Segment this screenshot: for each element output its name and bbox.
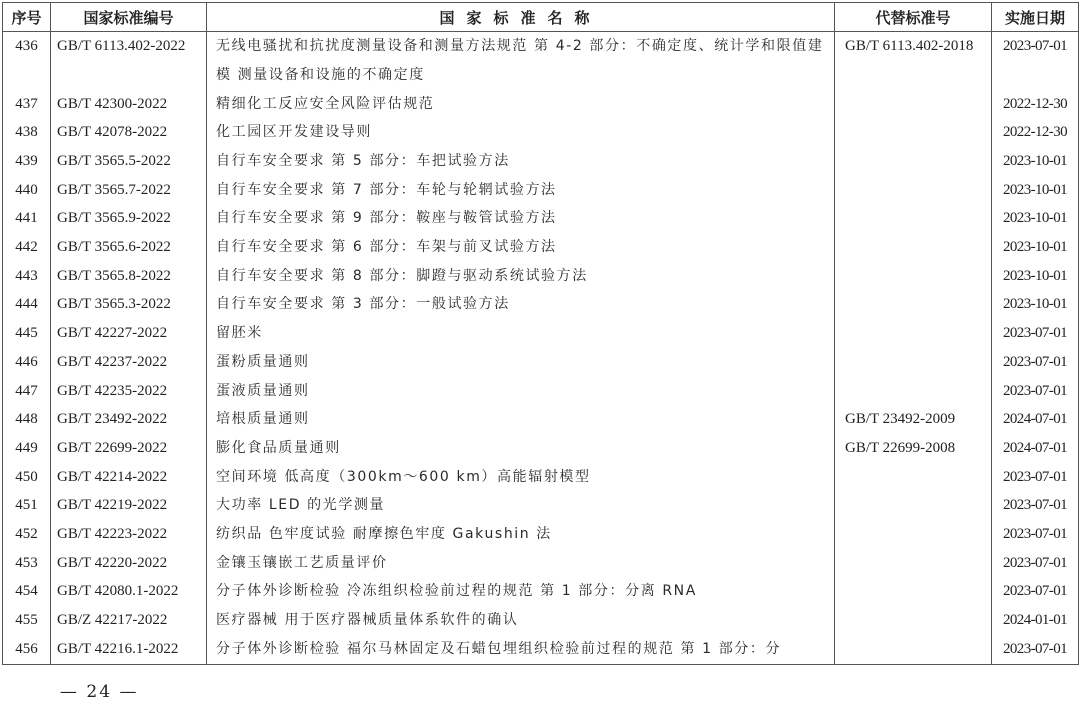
replaced-standard-cell [835, 118, 992, 147]
table-row: 456 GB/T 42216.1-2022 分子体外诊断检验 福尔马林固定及石蜡… [3, 635, 1079, 664]
standard-code-cell: GB/T 42223-2022 [51, 520, 207, 549]
standard-code-cell: GB/T 42220-2022 [51, 549, 207, 578]
table-row: 444 GB/T 3565.3-2022 自行车安全要求 第 3 部分：一般试验… [3, 290, 1079, 319]
implementation-date-cell: 2023-07-01 [992, 463, 1079, 492]
replaced-standard-cell [835, 348, 992, 377]
standard-name-cell: 空间环境 低高度（300km～600 km）高能辐射模型 [207, 463, 835, 492]
table-row: 455 GB/Z 42217-2022 医疗器械 用于医疗器械质量体系软件的确认… [3, 606, 1079, 635]
serial-number-cell: 454 [3, 577, 51, 606]
serial-number-cell: 438 [3, 118, 51, 147]
implementation-date-cell: 2023-07-01 [992, 577, 1079, 606]
implementation-date-cell: 2023-07-01 [992, 491, 1079, 520]
standard-name-cell: 自行车安全要求 第 9 部分：鞍座与鞍管试验方法 [207, 204, 835, 233]
implementation-date-cell: 2023-07-01 [992, 520, 1079, 549]
table-row: 451 GB/T 42219-2022 大功率 LED 的光学测量 2023-0… [3, 491, 1079, 520]
standard-name-cell: 大功率 LED 的光学测量 [207, 491, 835, 520]
standard-name-cell: 留胚米 [207, 319, 835, 348]
implementation-date-cell: 2022-12-30 [992, 90, 1079, 119]
standard-name-cell: 自行车安全要求 第 3 部分：一般试验方法 [207, 290, 835, 319]
implementation-date-cell: 2024-07-01 [992, 405, 1079, 434]
implementation-date-cell: 2023-07-01 [992, 348, 1079, 377]
implementation-date-cell: 2023-07-01 [992, 319, 1079, 348]
standard-name-cell: 自行车安全要求 第 6 部分：车架与前叉试验方法 [207, 233, 835, 262]
serial-number-cell: 443 [3, 262, 51, 291]
standard-code-cell: GB/Z 42217-2022 [51, 606, 207, 635]
standard-name-cell: 分子体外诊断检验 福尔马林固定及石蜡包埋组织检验前过程的规范 第 1 部分：分 [207, 635, 835, 664]
standard-code-cell: GB/T 3565.3-2022 [51, 290, 207, 319]
table-row: 440 GB/T 3565.7-2022 自行车安全要求 第 7 部分：车轮与轮… [3, 176, 1079, 205]
table-row: 437 GB/T 42300-2022 精细化工反应安全风险评估规范 2022-… [3, 90, 1079, 119]
header-serial-number: 序号 [3, 3, 51, 32]
serial-number-cell: 437 [3, 90, 51, 119]
replaced-standard-cell: GB/T 23492-2009 [835, 405, 992, 434]
serial-number-cell: 453 [3, 549, 51, 578]
replaced-standard-cell [835, 147, 992, 176]
serial-number-cell: 440 [3, 176, 51, 205]
replaced-standard-cell [835, 377, 992, 406]
replaced-standard-cell [835, 463, 992, 492]
replaced-standard-cell [835, 549, 992, 578]
standard-code-cell: GB/T 42300-2022 [51, 90, 207, 119]
standard-name-cell: 自行车安全要求 第 5 部分：车把试验方法 [207, 147, 835, 176]
standard-code-cell: GB/T 42080.1-2022 [51, 577, 207, 606]
replaced-standard-cell [835, 577, 992, 606]
implementation-date-cell: 2023-10-01 [992, 262, 1079, 291]
table-row: 450 GB/T 42214-2022 空间环境 低高度（300km～600 k… [3, 463, 1079, 492]
replaced-standard-cell: GB/T 6113.402-2018 [835, 32, 992, 90]
standard-name-cell: 无线电骚扰和抗扰度测量设备和测量方法规范 第 4-2 部分：不确定度、统计学和限… [207, 32, 835, 90]
implementation-date-cell: 2024-07-01 [992, 434, 1079, 463]
serial-number-cell: 450 [3, 463, 51, 492]
replaced-standard-cell [835, 491, 992, 520]
table-row: 453 GB/T 42220-2022 金镶玉镶嵌工艺质量评价 2023-07-… [3, 549, 1079, 578]
serial-number-cell: 451 [3, 491, 51, 520]
table-row: 436 GB/T 6113.402-2022 无线电骚扰和抗扰度测量设备和测量方… [3, 32, 1079, 90]
implementation-date-cell: 2023-10-01 [992, 233, 1079, 262]
implementation-date-cell: 2023-07-01 [992, 32, 1079, 90]
serial-number-cell: 436 [3, 32, 51, 90]
standard-code-cell: GB/T 3565.9-2022 [51, 204, 207, 233]
replaced-standard-cell [835, 290, 992, 319]
serial-number-cell: 439 [3, 147, 51, 176]
standard-code-cell: GB/T 3565.7-2022 [51, 176, 207, 205]
table-row: 446 GB/T 42237-2022 蛋粉质量通则 2023-07-01 [3, 348, 1079, 377]
replaced-standard-cell [835, 520, 992, 549]
serial-number-cell: 456 [3, 635, 51, 664]
standard-name-cell: 自行车安全要求 第 7 部分：车轮与轮辋试验方法 [207, 176, 835, 205]
standard-code-cell: GB/T 42235-2022 [51, 377, 207, 406]
header-standard-code: 国家标准编号 [51, 3, 207, 32]
implementation-date-cell: 2023-07-01 [992, 635, 1079, 664]
table-row: 445 GB/T 42227-2022 留胚米 2023-07-01 [3, 319, 1079, 348]
table-row: 452 GB/T 42223-2022 纺织品 色牢度试验 耐摩擦色牢度 Gak… [3, 520, 1079, 549]
header-implementation-date: 实施日期 [992, 3, 1079, 32]
standard-name-cell: 蛋粉质量通则 [207, 348, 835, 377]
standard-code-cell: GB/T 42219-2022 [51, 491, 207, 520]
replaced-standard-cell [835, 176, 992, 205]
table-header-row: 序号 国家标准编号 国家标准名称 代替标准号 实施日期 [3, 3, 1079, 32]
standard-code-cell: GB/T 6113.402-2022 [51, 32, 207, 90]
standard-code-cell: GB/T 42237-2022 [51, 348, 207, 377]
document-page: 序号 国家标准编号 国家标准名称 代替标准号 实施日期 436 GB/T 611… [0, 0, 1080, 709]
replaced-standard-cell [835, 204, 992, 233]
standard-code-cell: GB/T 42078-2022 [51, 118, 207, 147]
standard-code-cell: GB/T 42216.1-2022 [51, 635, 207, 664]
standard-code-cell: GB/T 42227-2022 [51, 319, 207, 348]
standard-name-cell: 自行车安全要求 第 8 部分：脚蹬与驱动系统试验方法 [207, 262, 835, 291]
serial-number-cell: 442 [3, 233, 51, 262]
table-row: 441 GB/T 3565.9-2022 自行车安全要求 第 9 部分：鞍座与鞍… [3, 204, 1079, 233]
serial-number-cell: 444 [3, 290, 51, 319]
implementation-date-cell: 2023-07-01 [992, 549, 1079, 578]
standard-name-cell: 精细化工反应安全风险评估规范 [207, 90, 835, 119]
standard-name-cell: 纺织品 色牢度试验 耐摩擦色牢度 Gakushin 法 [207, 520, 835, 549]
serial-number-cell: 455 [3, 606, 51, 635]
standard-name-cell: 医疗器械 用于医疗器械质量体系软件的确认 [207, 606, 835, 635]
replaced-standard-cell [835, 262, 992, 291]
header-replaced-standard: 代替标准号 [835, 3, 992, 32]
implementation-date-cell: 2023-10-01 [992, 147, 1079, 176]
header-standard-name: 国家标准名称 [207, 3, 835, 32]
standard-code-cell: GB/T 3565.5-2022 [51, 147, 207, 176]
table-row: 438 GB/T 42078-2022 化工园区开发建设导则 2022-12-3… [3, 118, 1079, 147]
implementation-date-cell: 2023-10-01 [992, 204, 1079, 233]
serial-number-cell: 452 [3, 520, 51, 549]
standards-table: 序号 国家标准编号 国家标准名称 代替标准号 实施日期 436 GB/T 611… [2, 2, 1079, 665]
implementation-date-cell: 2024-01-01 [992, 606, 1079, 635]
replaced-standard-cell [835, 233, 992, 262]
serial-number-cell: 445 [3, 319, 51, 348]
table-row: 443 GB/T 3565.8-2022 自行车安全要求 第 8 部分：脚蹬与驱… [3, 262, 1079, 291]
standard-name-cell: 膨化食品质量通则 [207, 434, 835, 463]
standard-code-cell: GB/T 3565.6-2022 [51, 233, 207, 262]
replaced-standard-cell [835, 90, 992, 119]
replaced-standard-cell: GB/T 22699-2008 [835, 434, 992, 463]
table-row: 439 GB/T 3565.5-2022 自行车安全要求 第 5 部分：车把试验… [3, 147, 1079, 176]
implementation-date-cell: 2023-10-01 [992, 290, 1079, 319]
replaced-standard-cell [835, 606, 992, 635]
table-row: 442 GB/T 3565.6-2022 自行车安全要求 第 6 部分：车架与前… [3, 233, 1079, 262]
implementation-date-cell: 2023-10-01 [992, 176, 1079, 205]
page-number: — 24 — [60, 682, 138, 702]
table-row: 454 GB/T 42080.1-2022 分子体外诊断检验 冷冻组织检验前过程… [3, 577, 1079, 606]
standard-name-cell: 培根质量通则 [207, 405, 835, 434]
serial-number-cell: 447 [3, 377, 51, 406]
standard-code-cell: GB/T 23492-2022 [51, 405, 207, 434]
implementation-date-cell: 2023-07-01 [992, 377, 1079, 406]
serial-number-cell: 448 [3, 405, 51, 434]
standard-name-cell: 金镶玉镶嵌工艺质量评价 [207, 549, 835, 578]
serial-number-cell: 449 [3, 434, 51, 463]
implementation-date-cell: 2022-12-30 [992, 118, 1079, 147]
standard-name-cell: 分子体外诊断检验 冷冻组织检验前过程的规范 第 1 部分：分离 RNA [207, 577, 835, 606]
standard-name-cell: 化工园区开发建设导则 [207, 118, 835, 147]
serial-number-cell: 446 [3, 348, 51, 377]
standard-code-cell: GB/T 42214-2022 [51, 463, 207, 492]
replaced-standard-cell [835, 635, 992, 664]
serial-number-cell: 441 [3, 204, 51, 233]
table-row: 449 GB/T 22699-2022 膨化食品质量通则 GB/T 22699-… [3, 434, 1079, 463]
standard-code-cell: GB/T 3565.8-2022 [51, 262, 207, 291]
standard-name-cell: 蛋液质量通则 [207, 377, 835, 406]
replaced-standard-cell [835, 319, 992, 348]
table-row: 447 GB/T 42235-2022 蛋液质量通则 2023-07-01 [3, 377, 1079, 406]
table-row: 448 GB/T 23492-2022 培根质量通则 GB/T 23492-20… [3, 405, 1079, 434]
standard-code-cell: GB/T 22699-2022 [51, 434, 207, 463]
